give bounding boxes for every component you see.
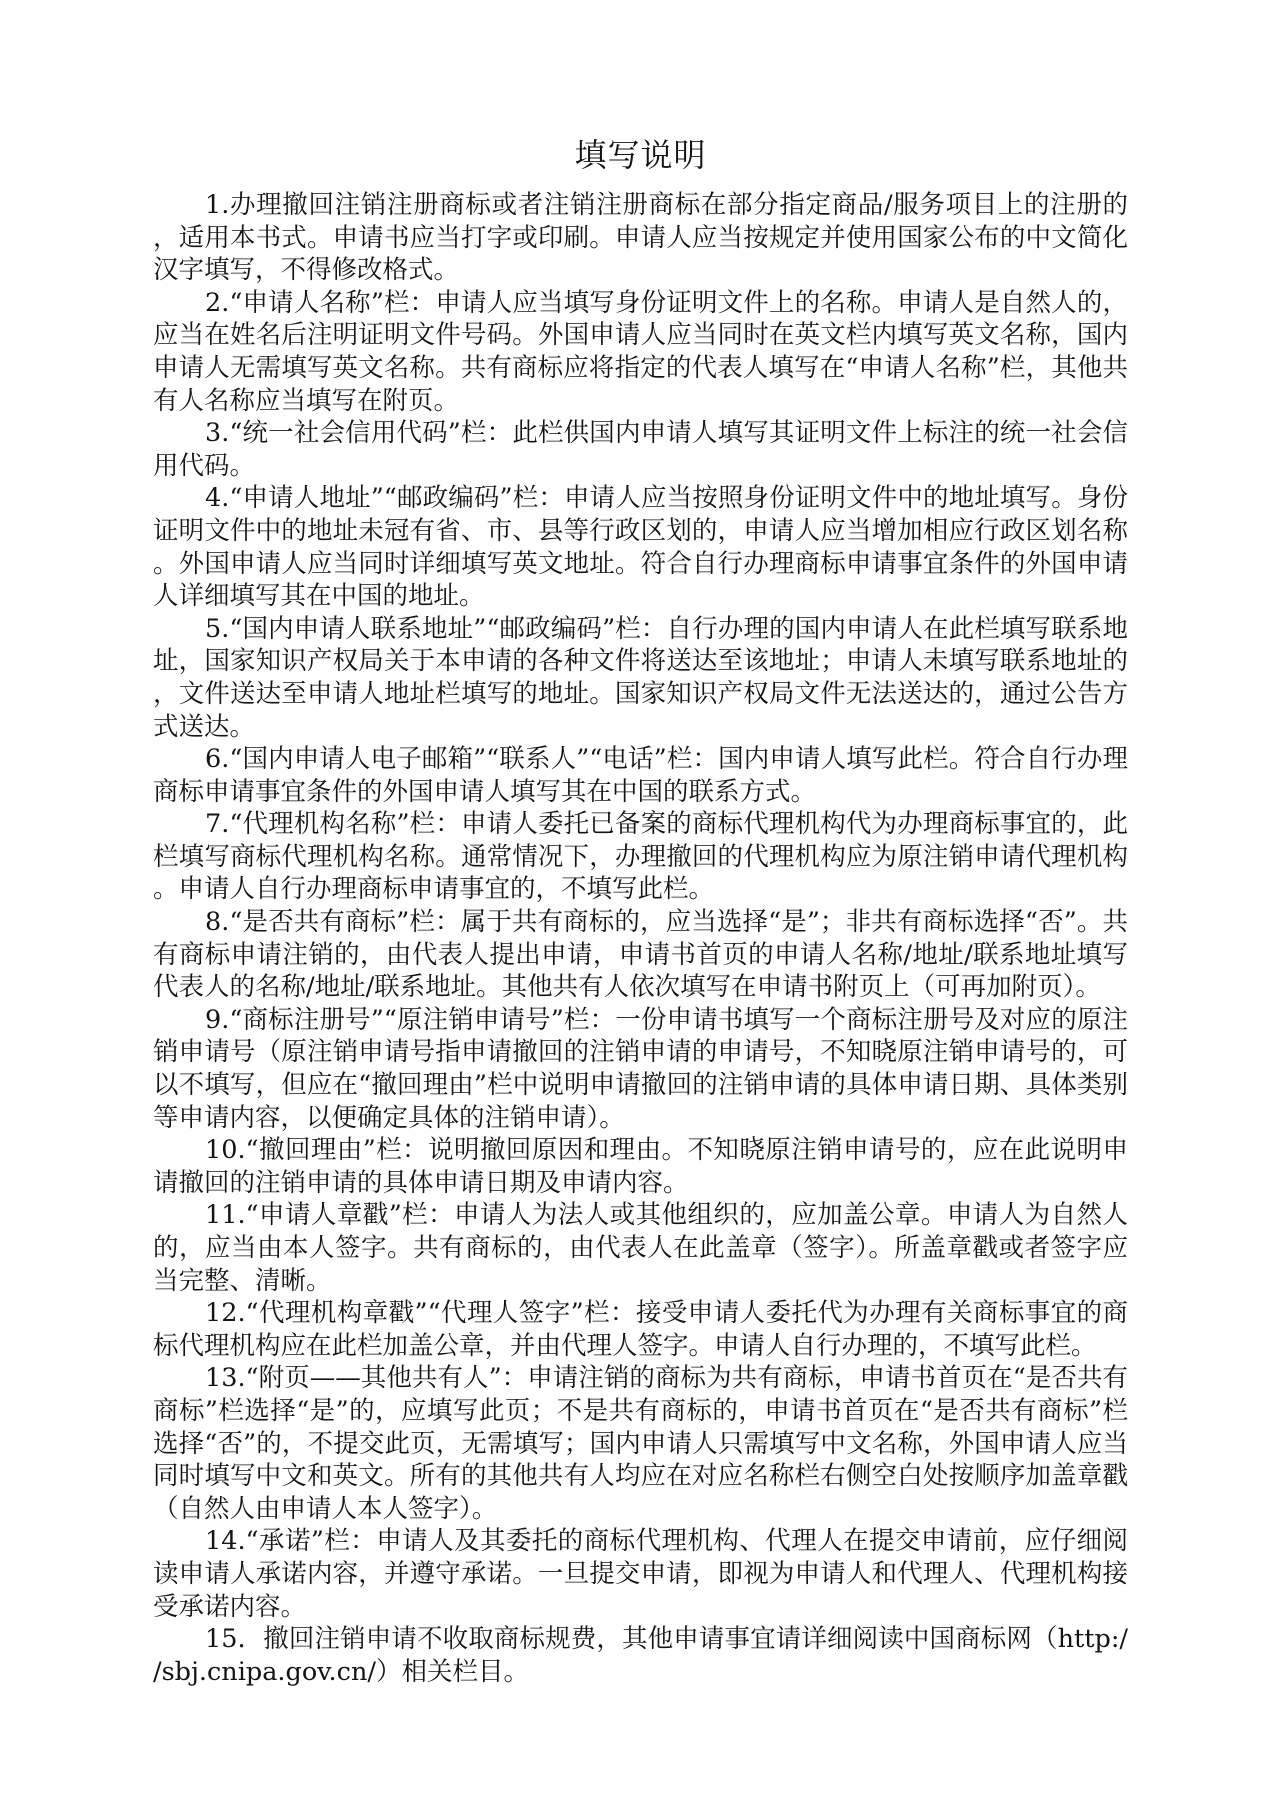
instruction-item-14: 14.“承诺”栏：申请人及其委托的商标代理机构、代理人在提交申请前，应仔细阅读申… [153,1525,1128,1623]
instruction-item-10: 10.“撤回理由”栏：说明撤回原因和理由。不知晓原注销申请号的，应在此说明申请撤… [153,1134,1128,1199]
instruction-item-13: 13.“附页——其他共有人”：申请注销的商标为共有商标，申请书首页在“是否共有商… [153,1362,1128,1525]
instruction-item-7: 7.“代理机构名称”栏：申请人委托已备案的商标代理机构代为办理商标事宜的，此栏填… [153,808,1128,906]
instruction-item-12: 12.“代理机构章戳”“代理人签字”栏：接受申请人委托代为办理有关商标事宜的商标… [153,1297,1128,1362]
instruction-item-11: 11.“申请人章戳”栏：申请人为法人或其他组织的，应加盖公章。申请人为自然人的，… [153,1199,1128,1297]
instructions-body: 1.办理撤回注销注册商标或者注销注册商标在部分指定商品/服务项目上的注册的，适用… [153,189,1128,1688]
instruction-item-2: 2.“申请人名称”栏：申请人应当填写身份证明文件上的名称。申请人是自然人的，应当… [153,287,1128,417]
instruction-item-3: 3.“统一社会信用代码”栏：此栏供国内申请人填写其证明文件上标注的统一社会信用代… [153,417,1128,482]
page-title: 填写说明 [153,134,1128,176]
instruction-item-4: 4.“申请人地址”“邮政编码”栏：申请人应当按照身份证明文件中的地址填写。身份证… [153,482,1128,612]
instruction-item-1: 1.办理撤回注销注册商标或者注销注册商标在部分指定商品/服务项目上的注册的，适用… [153,189,1128,287]
instruction-item-5: 5.“国内申请人联系地址”“邮政编码”栏：自行办理的国内申请人在此栏填写联系地址… [153,613,1128,743]
instruction-item-8: 8.“是否共有商标”栏：属于共有商标的，应当选择“是”；非共有商标选择“否”。共… [153,906,1128,1004]
instruction-item-6: 6.“国内申请人电子邮箱”“联系人”“电话”栏：国内申请人填写此栏。符合自行办理… [153,743,1128,808]
instruction-item-15: 15．撤回注销申请不收取商标规费，其他申请事宜请详细阅读中国商标网（http:/… [153,1623,1128,1688]
instruction-item-9: 9.“商标注册号”“原注销申请号”栏：一份申请书填写一个商标注册号及对应的原注销… [153,1004,1128,1134]
